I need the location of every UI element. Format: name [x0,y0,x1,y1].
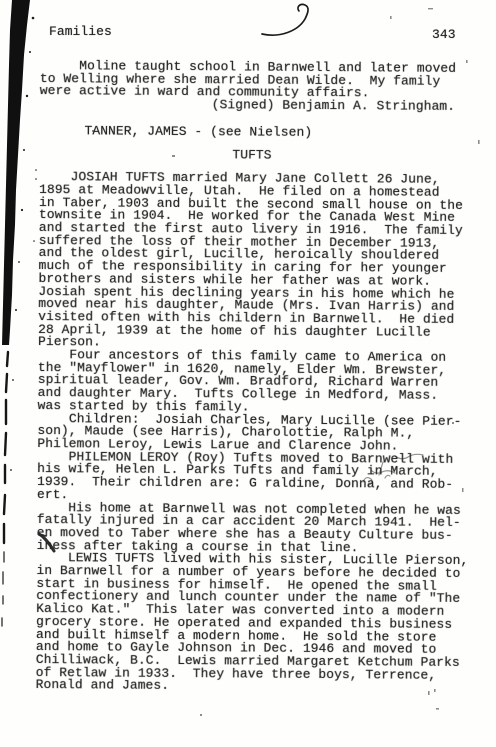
section-label: Families [49,26,112,39]
tufts-surname-heading: TUFTS [39,148,489,164]
page-text: Moline taught school in Barnwell and lat… [36,60,490,695]
scanned-book-page: Families 343 Moline taught school in Bar… [0,0,496,747]
car-accident-paragraph: His home at Barnwell was not completed w… [37,501,487,555]
tanner-cross-reference-entry: TANNER, JAMES - (see Nielsen) [39,125,489,141]
children-list-paragraph: Children: Josiah Charles, Mary Lucille (… [37,413,487,454]
signature-line: (Signed) Benjamin A. Stringham. [40,98,490,114]
mayflower-ancestors-paragraph: Four ancestors of this family came to Am… [38,349,488,416]
josiah-tufts-paragraph: JOSIAH TUFTS married Mary Jane Collett 2… [38,171,489,352]
philemon-leroy-paragraph: PHILEMON LEROY (Roy) Tufts moved to Barn… [37,451,487,505]
moline-paragraph: Moline taught school in Barnwell and lat… [40,60,490,101]
lewis-tufts-paragraph: LEWIS TUFTS lived with his sister, Lucil… [36,552,487,695]
page-number: 343 [432,29,456,42]
handwritten-squiggle-mark [250,0,330,45]
